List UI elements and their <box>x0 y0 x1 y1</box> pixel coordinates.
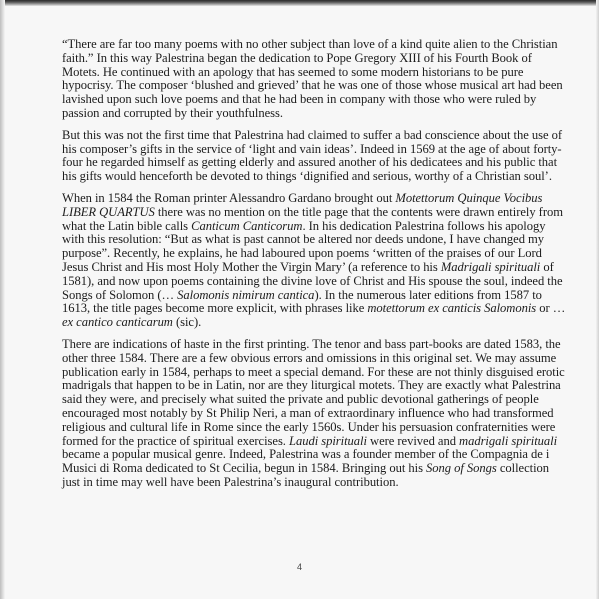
italic-title: Song of Songs <box>426 461 497 475</box>
paragraph-1: “There are far too many poems with no ot… <box>62 38 570 121</box>
paragraph-3: When in 1584 the Roman printer Alessandr… <box>62 192 570 330</box>
page-number: 4 <box>0 562 599 572</box>
booklet-page: “There are far too many poems with no ot… <box>0 0 599 599</box>
paragraph-2: But this was not the first time that Pal… <box>62 129 570 184</box>
italic-title: Madrigali spirituali <box>441 260 540 274</box>
body-text: “There are far too many poems with no ot… <box>62 38 570 498</box>
paragraph-4: There are indications of haste in the fi… <box>62 338 570 490</box>
italic-title: madrigali spirituali <box>459 434 557 448</box>
scan-edge-left <box>0 0 5 599</box>
italic-title: Laudi spirituali <box>289 434 367 448</box>
italic-title: Motettorum Quinque Vocibus LIBER QUARTUS <box>62 191 542 219</box>
scan-edge-top <box>0 0 599 6</box>
italic-title: motettorum ex canticis Salomonis <box>367 301 536 315</box>
italic-title: Canticum Canticorum <box>191 219 302 233</box>
italic-title: Salomonis nimirum cantica <box>177 288 314 302</box>
italic-title: ex cantico canticarum <box>62 315 173 329</box>
